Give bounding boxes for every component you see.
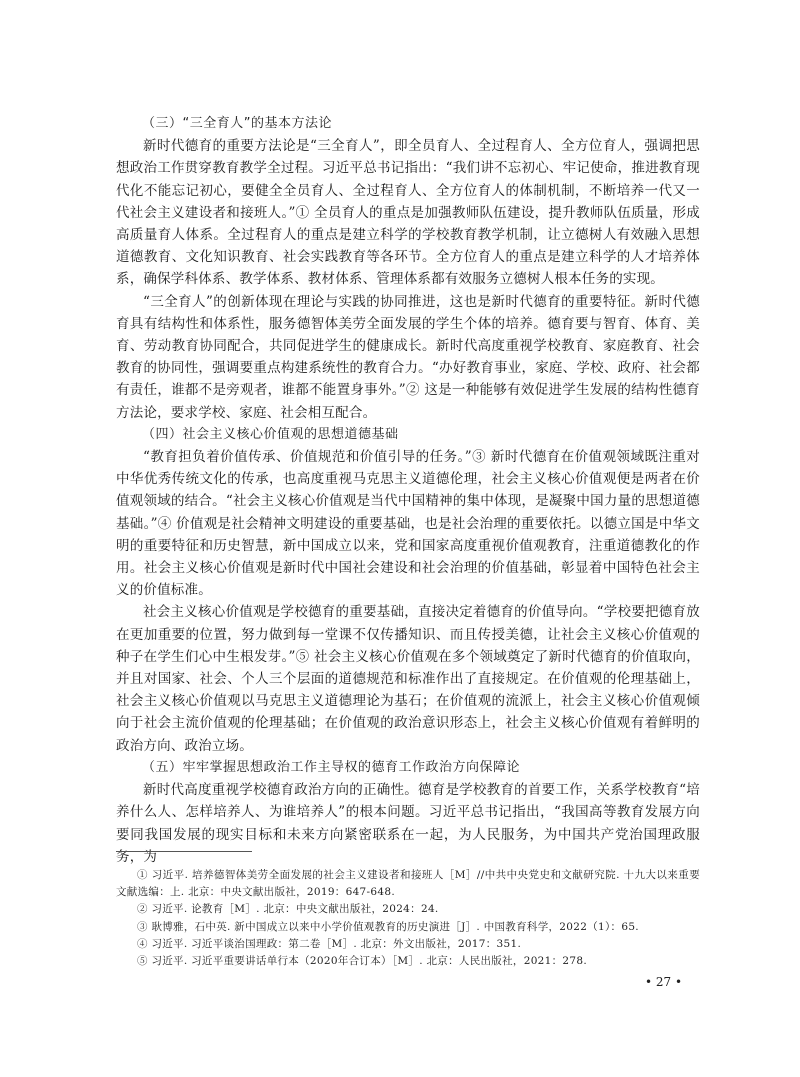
section-heading-4: （四）社会主义核心价值观的思想道德基础 [116, 424, 700, 446]
section-heading-3: （三）“三全育人”的基本方法论 [116, 113, 700, 135]
footnote-5: ⑤ 习近平. 习近平重要讲话单行本（2020年合订本）［M］. 北京：人民出版社… [116, 953, 700, 970]
paragraph: “三全育人”的创新体现在理论与实践的协同推进，这也是新时代德育的重要特征。新时代… [116, 291, 700, 424]
paragraph: 社会主义核心价值观是学校德育的重要基础，直接决定着德育的价值导向。“学校要把德育… [116, 601, 700, 756]
paragraph: 新时代高度重视学校德育政治方向的正确性。德育是学校教育的首要工作，关系学校教育“… [116, 779, 700, 868]
footnote-separator [116, 851, 252, 852]
footnote-4: ④ 习近平. 习近平谈治国理政：第二卷［M］. 北京：外文出版社，2017：35… [116, 936, 700, 953]
section-heading-5: （五）牢牢掌握思想政治工作主导权的德育工作政治方向保障论 [116, 757, 700, 779]
footnote-3: ③ 耿博雅，石中英. 新中国成立以来中小学价值观教育的历史演进［J］. 中国教育… [116, 919, 700, 936]
paragraph: 新时代德育的重要方法论是“三全育人”，即全员育人、全过程育人、全方位育人，强调把… [116, 135, 700, 290]
page-body: （三）“三全育人”的基本方法论 新时代德育的重要方法论是“三全育人”，即全员育人… [116, 113, 700, 868]
paragraph: “教育担负着价值传承、价值规范和价值引导的任务。”③ 新时代德育在价值观领域既注… [116, 446, 700, 601]
footnotes: ① 习近平. 培养德智体美劳全面发展的社会主义建设者和接班人［M］//中共中央党… [116, 867, 700, 970]
footnote-2: ② 习近平. 论教育［M］. 北京：中央文献出版社，2024：24. [116, 901, 700, 918]
footnote-1: ① 习近平. 培养德智体美劳全面发展的社会主义建设者和接班人［M］//中共中央党… [116, 867, 700, 901]
page-number: • 27 • [645, 975, 682, 989]
